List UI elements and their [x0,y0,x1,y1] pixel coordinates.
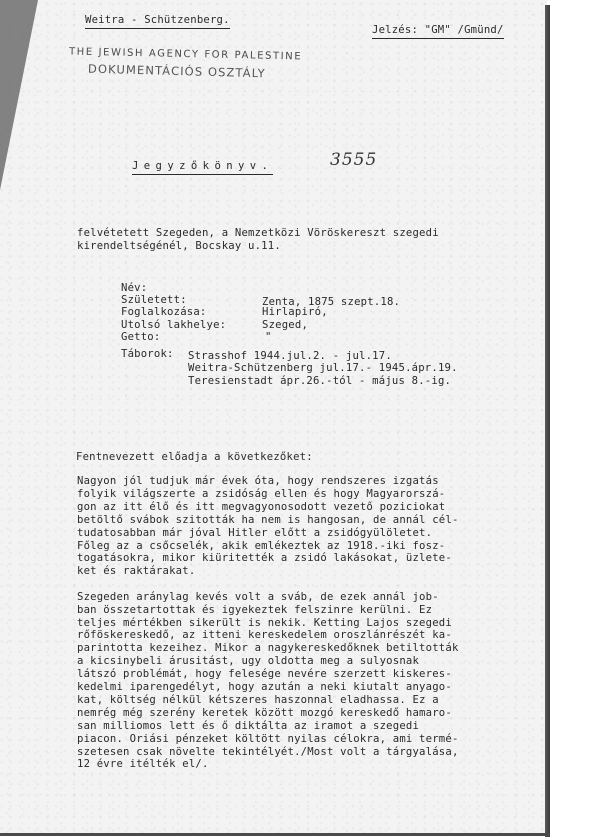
paragraph-line: a kicsinybeli árusitást, ugy oldotta meg… [77,655,419,668]
paragraph-line: san milliomos lett és ő diktálta az iram… [77,720,419,733]
paragraph-line: tudatosabban már jóval Hitler előtt a zs… [77,527,432,540]
handwritten-number: 3555 [330,150,377,170]
field-label: Getto: [121,331,160,344]
paragraph-line: Főleg az a csőcselék, akik emlékeztek az… [77,540,445,553]
paragraph-line: rőföskereskedő, az itteni kereskedelem o… [77,629,452,642]
field-value: Hirlapiró, [262,306,328,319]
header-reference: Jelzés: "GM" /Gmünd/ [372,24,504,39]
paragraph-line: parintotta kezeihez. Mikor a nagykereske… [77,642,459,655]
field-label: Született: [121,294,187,307]
field-label: Név: [121,282,147,295]
paragraph-line: piacon. Oriási pénzeket költött nyilas c… [77,733,459,746]
scan-shadow [0,0,38,190]
page-edge-right [545,5,550,837]
paragraph-line: betöltő svábok szitották ha nem is hango… [77,514,459,527]
field-label: Utolsó lakhelye: [121,319,226,332]
paragraph-line: teljes mértékben sikerült is nekik. Kett… [77,617,452,630]
paragraph-line: Szegeden aránylag kevés volt a sváb, de … [77,591,439,604]
paragraph-line: 12 évre itélték el/. [77,758,209,771]
agency-stamp-line1: THE JEWISH AGENCY FOR PALESTINE [69,47,302,63]
paragraph-line: ban összetartottak és igyekeztek felszin… [77,604,432,617]
intro-line: kirendeltségénél, Bocskay u.11. [77,240,281,253]
document-page: Weitra - Schützenberg. Jelzés: "GM" /Gmü… [0,0,547,835]
intro-line: felvétetett Szegeden, a Nemzetközi Vörös… [77,227,439,240]
paragraph-line: nemrég még szerény keretek között mozgó … [77,707,452,720]
paragraph-line: togatásokra, mikor kiüritették a zsidó l… [77,552,452,565]
camp-entry: Weitra-Schützenberg jul.17.- 1945.ápr.19… [188,362,458,375]
agency-stamp-line2: DOKUMENTÁCIÓS OSZTÁLY [88,62,266,81]
header-location: Weitra - Schützenberg. [85,14,230,29]
paragraph-line: szetesen csak növelte tekintélyét./Most … [77,746,459,759]
camps-label: Táborok: [121,348,174,361]
paragraph-line: kedelmi iparengedélyt, hogy azután a nek… [77,681,452,694]
paragraph-line: gon az itt élő és itt megvagyonosodott v… [77,501,445,514]
field-value: " [265,331,272,344]
paragraph-line: Nagyon jól tudjuk már évek óta, hogy ren… [77,475,439,488]
paragraph-line: kat, költség nélkül kétszeres haszonnal … [77,694,439,707]
camp-entry: Strasshof 1944.jul.2. - jul.17. [188,350,392,363]
page-edge-bottom [0,833,550,836]
field-value: Szeged, [262,319,308,332]
paragraph-line: ket és raktárakat. [77,565,195,578]
paragraph-line: folyik világszerte a zsidóság ellen és h… [77,488,445,501]
camp-entry: Teresienstadt ápr.26.-tól - május 8.-ig. [188,375,451,388]
paragraph-line: látszó problémát, hogy felesége nevére s… [77,668,452,681]
document-title: Jegyzőkönyv. [132,160,273,175]
statement-intro: Fentnevezett előadja a következőket: [76,451,313,464]
field-label: Foglalkozása: [121,306,207,319]
